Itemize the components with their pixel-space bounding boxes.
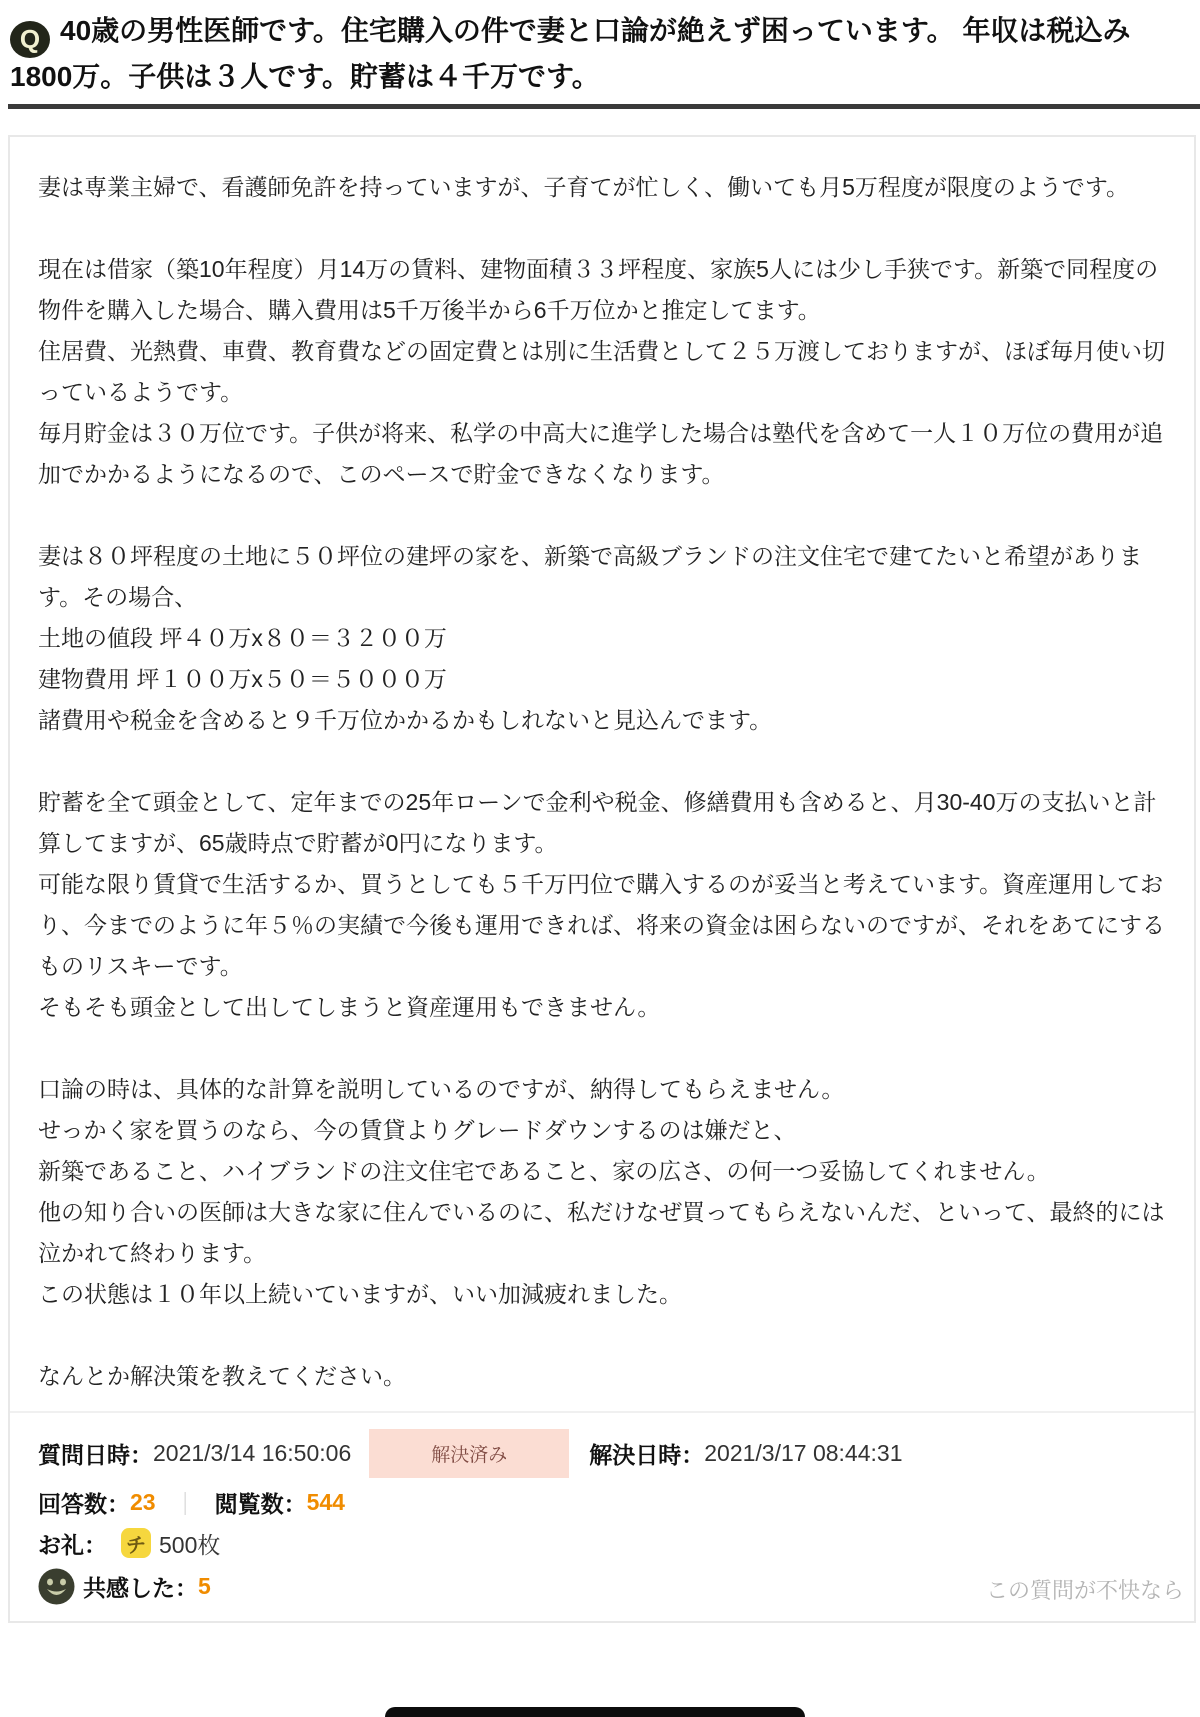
answers-count: 23: [130, 1489, 156, 1516]
question-date-value: 2021/3/14 16:50:06: [153, 1440, 351, 1467]
body-paragraph: 現在は借家（築10年程度）月14万の賃料、建物面積３３坪程度、家族5人には少し手…: [38, 249, 1166, 495]
sympathy-face-icon: [38, 1568, 75, 1605]
question-q-icon: Q: [10, 21, 50, 58]
thanks-amount: 500枚: [159, 1527, 220, 1560]
counts-separator: ｜: [174, 1486, 197, 1519]
question-body: 妻は専業主婦で、看護師免許を持っていますが、子育てが忙しく、働いても月5万程度が…: [10, 137, 1194, 1411]
body-paragraph: 口論の時は、具体的な計算を説明しているのですが、納得してもらえません。 せっかく…: [38, 1069, 1166, 1315]
title-divider: [8, 104, 1200, 109]
question-title: 40歳の男性医師です。住宅購入の件で妻と口論が絶えず困っています。 年収は税込み…: [10, 15, 1130, 92]
report-question-link[interactable]: この質問が不快なら: [986, 1574, 1184, 1605]
solved-date-value: 2021/3/17 08:44:31: [704, 1440, 902, 1467]
sympathy-label[interactable]: 共感した：: [83, 1570, 198, 1603]
body-paragraph: 妻は８０坪程度の土地に５０坪位の建坪の家を、新築で高級ブランドの注文住宅で建てた…: [38, 536, 1166, 741]
question-page: Q40歳の男性医師です。住宅購入の件で妻と口論が絶えず困っています。 年収は税込…: [0, 0, 1200, 1717]
meta-row-dates: 質問日時： 2021/3/14 16:50:06 解決済み 解決日時： 2021…: [38, 1429, 1166, 1478]
solved-date-label: 解決日時：: [589, 1437, 704, 1470]
body-paragraph: なんとか解決策を教えてください。: [38, 1356, 1166, 1397]
question-meta: 質問日時： 2021/3/14 16:50:06 解決済み 解決日時： 2021…: [10, 1413, 1194, 1621]
question-date-label: 質問日時：: [38, 1437, 153, 1470]
meta-row-thanks: お礼： チ 500枚: [38, 1527, 1166, 1560]
meta-row-counts: 回答数： 23 ｜ 閲覧数： 544: [38, 1486, 1166, 1519]
bottom-tooltip-bar[interactable]: [385, 1707, 805, 1717]
body-paragraph: 妻は専業主婦で、看護師免許を持っていますが、子育てが忙しく、働いても月5万程度が…: [38, 167, 1166, 208]
sympathy-count: 5: [198, 1573, 211, 1600]
answers-label: 回答数：: [38, 1486, 130, 1519]
question-box: 妻は専業主婦で、看護師免許を持っていますが、子育てが忙しく、働いても月5万程度が…: [8, 135, 1196, 1623]
body-paragraph: 貯蓄を全て頭金として、定年までの25年ローンで金利や税金、修繕費用も含めると、月…: [38, 782, 1166, 1028]
solved-status-badge: 解決済み: [369, 1429, 569, 1478]
thanks-label: お礼：: [38, 1527, 107, 1560]
views-count: 544: [307, 1489, 345, 1516]
question-title-block: Q40歳の男性医師です。住宅購入の件で妻と口論が絶えず困っています。 年収は税込…: [0, 0, 1200, 104]
chie-coin-icon: チ: [121, 1528, 151, 1558]
meta-row-sympathy: 共感した： 5 この質問が不快なら: [38, 1568, 1166, 1605]
views-label: 閲覧数：: [215, 1486, 307, 1519]
